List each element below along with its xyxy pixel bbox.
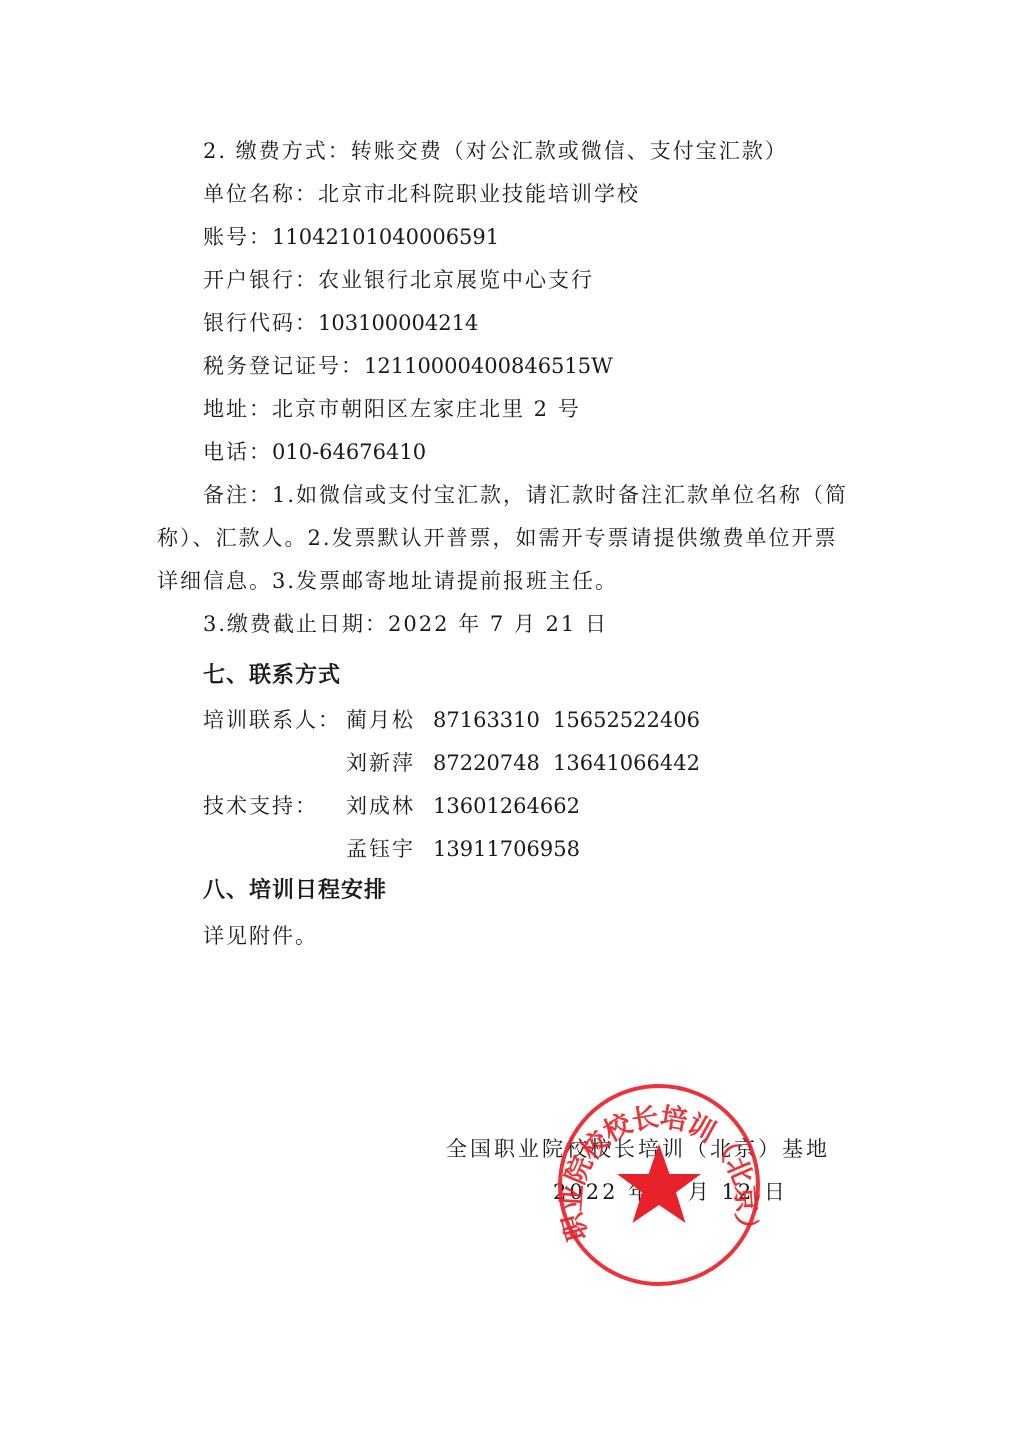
bank-label: 开户银行：	[203, 268, 318, 292]
bank-code-line: 银行代码：103100004214	[203, 308, 478, 338]
unit-name-line: 单位名称：北京市北科院职业技能培训学校	[203, 179, 640, 209]
contact-name: 蔺月松	[346, 705, 415, 735]
unit-name-value: 北京市北科院职业技能培训学校	[318, 182, 640, 206]
payment-method-text: 2. 缴费方式：转账交费（对公汇款或微信、支付宝汇款）	[203, 139, 788, 163]
contact-mobile: 13601264662	[433, 791, 580, 821]
tech-support-label: 技术支持：	[203, 791, 318, 821]
notes-line-1: 备注：1.如微信或支付宝汇款，请汇款时备注汇款单位名称（简	[203, 480, 848, 510]
account-value: 11042101040006591	[272, 225, 499, 249]
account-line: 账号：11042101040006591	[203, 222, 499, 252]
training-contact-label: 培训联系人：	[203, 705, 341, 735]
contact-name: 刘成林	[346, 791, 415, 821]
contact-office-phone: 87163310	[433, 705, 540, 735]
phone-value: 010-64676410	[272, 440, 426, 464]
address-value: 北京市朝阳区左家庄北里 2 号	[272, 397, 581, 421]
training-contact-row: 刘新萍 87220748 13641066442	[203, 748, 803, 778]
payment-method-line: 2. 缴费方式：转账交费（对公汇款或微信、支付宝汇款）	[203, 136, 788, 166]
unit-name-label: 单位名称：	[203, 182, 318, 206]
payment-deadline: 3.缴费截止日期：2022 年 7 月 21 日	[203, 609, 608, 639]
contact-name: 孟钰宇	[346, 834, 415, 864]
tax-id-label: 税务登记证号：	[203, 354, 364, 378]
tech-contact-row: 技术支持： 刘成林 13601264662	[203, 791, 803, 821]
bank-code-value: 103100004214	[318, 311, 478, 335]
bank-line: 开户银行：农业银行北京展览中心支行	[203, 265, 594, 295]
training-contact-row: 培训联系人： 蔺月松 87163310 15652522406	[203, 705, 803, 735]
official-seal-icon: 全国职业院校校长培训（北京）基地	[556, 1082, 762, 1288]
bank-code-label: 银行代码：	[203, 311, 318, 335]
address-line: 地址：北京市朝阳区左家庄北里 2 号	[203, 394, 581, 424]
tech-contact-row: 孟钰宇 13911706958	[203, 834, 803, 864]
tax-id-line: 税务登记证号：12110000400846515W	[203, 351, 613, 381]
address-label: 地址：	[203, 397, 272, 421]
star-icon	[617, 1144, 701, 1223]
schedule-note: 详见附件。	[203, 921, 318, 951]
contact-mobile: 13641066442	[553, 748, 700, 778]
phone-label: 电话：	[203, 440, 272, 464]
contact-mobile: 15652522406	[553, 705, 700, 735]
tax-id-value: 12110000400846515W	[364, 354, 613, 378]
contact-office-phone: 87220748	[433, 748, 540, 778]
section-8-title: 八、培训日程安排	[203, 876, 387, 906]
section-7-title: 七、联系方式	[203, 661, 341, 691]
bank-value: 农业银行北京展览中心支行	[318, 268, 594, 292]
notes-line-2: 称）、汇款人。2.发票默认开普票，如需开专票请提供缴费单位开票	[157, 523, 838, 553]
contact-mobile: 13911706958	[433, 834, 580, 864]
phone-line: 电话：010-64676410	[203, 437, 426, 467]
contact-name: 刘新萍	[346, 748, 415, 778]
notes-line-3: 详细信息。3.发票邮寄地址请提前报班主任。	[157, 566, 618, 596]
account-label: 账号：	[203, 225, 272, 249]
